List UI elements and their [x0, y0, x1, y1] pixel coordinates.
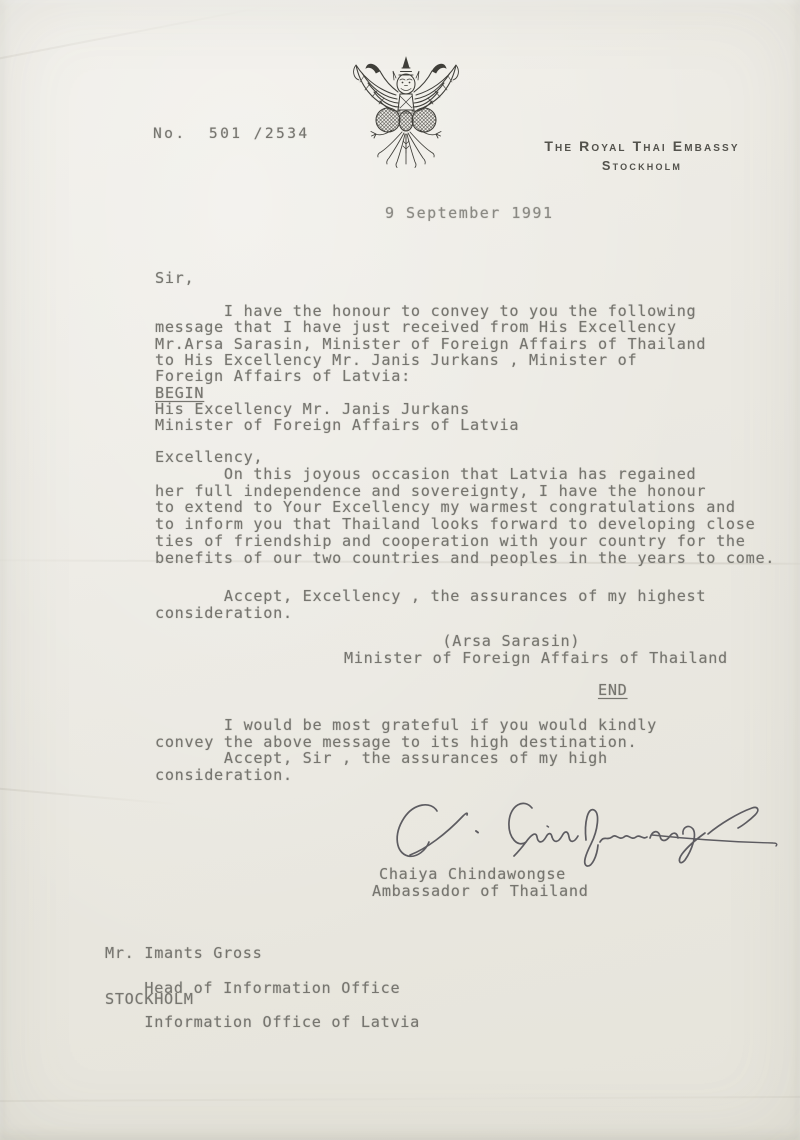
signer-name: Chaiya Chindawongse [379, 866, 566, 883]
embassy-city: Stockholm [522, 158, 762, 173]
scanned-letter-page: No. 501 /2534 [0, 0, 800, 1140]
recipient-name: Mr. Imants Gross [105, 944, 263, 962]
message-valediction: Accept, Excellency , the assurances of m… [155, 588, 706, 622]
letterhead: The Royal Thai Embassy Stockholm [522, 138, 762, 173]
end-marker: END [598, 682, 628, 699]
paper-crease [0, 1096, 800, 1102]
message-addressee: His Excellency Mr. Janis Jurkans Ministe… [155, 401, 519, 434]
reference-number: No. 501 /2534 [153, 126, 310, 143]
recipient-city: STOCKHOLM [105, 991, 194, 1008]
message-signature-block: (Arsa Sarasin) Minister of Foreign Affai… [344, 633, 728, 667]
recipient-organization: Information Office of Latvia [144, 1013, 420, 1031]
date-line: 9 September 1991 [385, 205, 554, 222]
signer-title: Ambassador of Thailand [372, 883, 589, 900]
paper-crease [0, 5, 267, 64]
salutation: Sir, [155, 270, 194, 287]
garuda-emblem-icon [350, 56, 462, 168]
message-body: Excellency, On this joyous occasion that… [155, 449, 775, 567]
closing-paragraph: I would be most grateful if you would ki… [155, 717, 657, 783]
recipient-block: Mr. Imants Gross Head of Information Off… [105, 945, 420, 1031]
intro-paragraph: I have the honour to convey to you the f… [155, 303, 706, 384]
paper-crease [0, 787, 178, 806]
embassy-name: The Royal Thai Embassy [522, 138, 762, 154]
